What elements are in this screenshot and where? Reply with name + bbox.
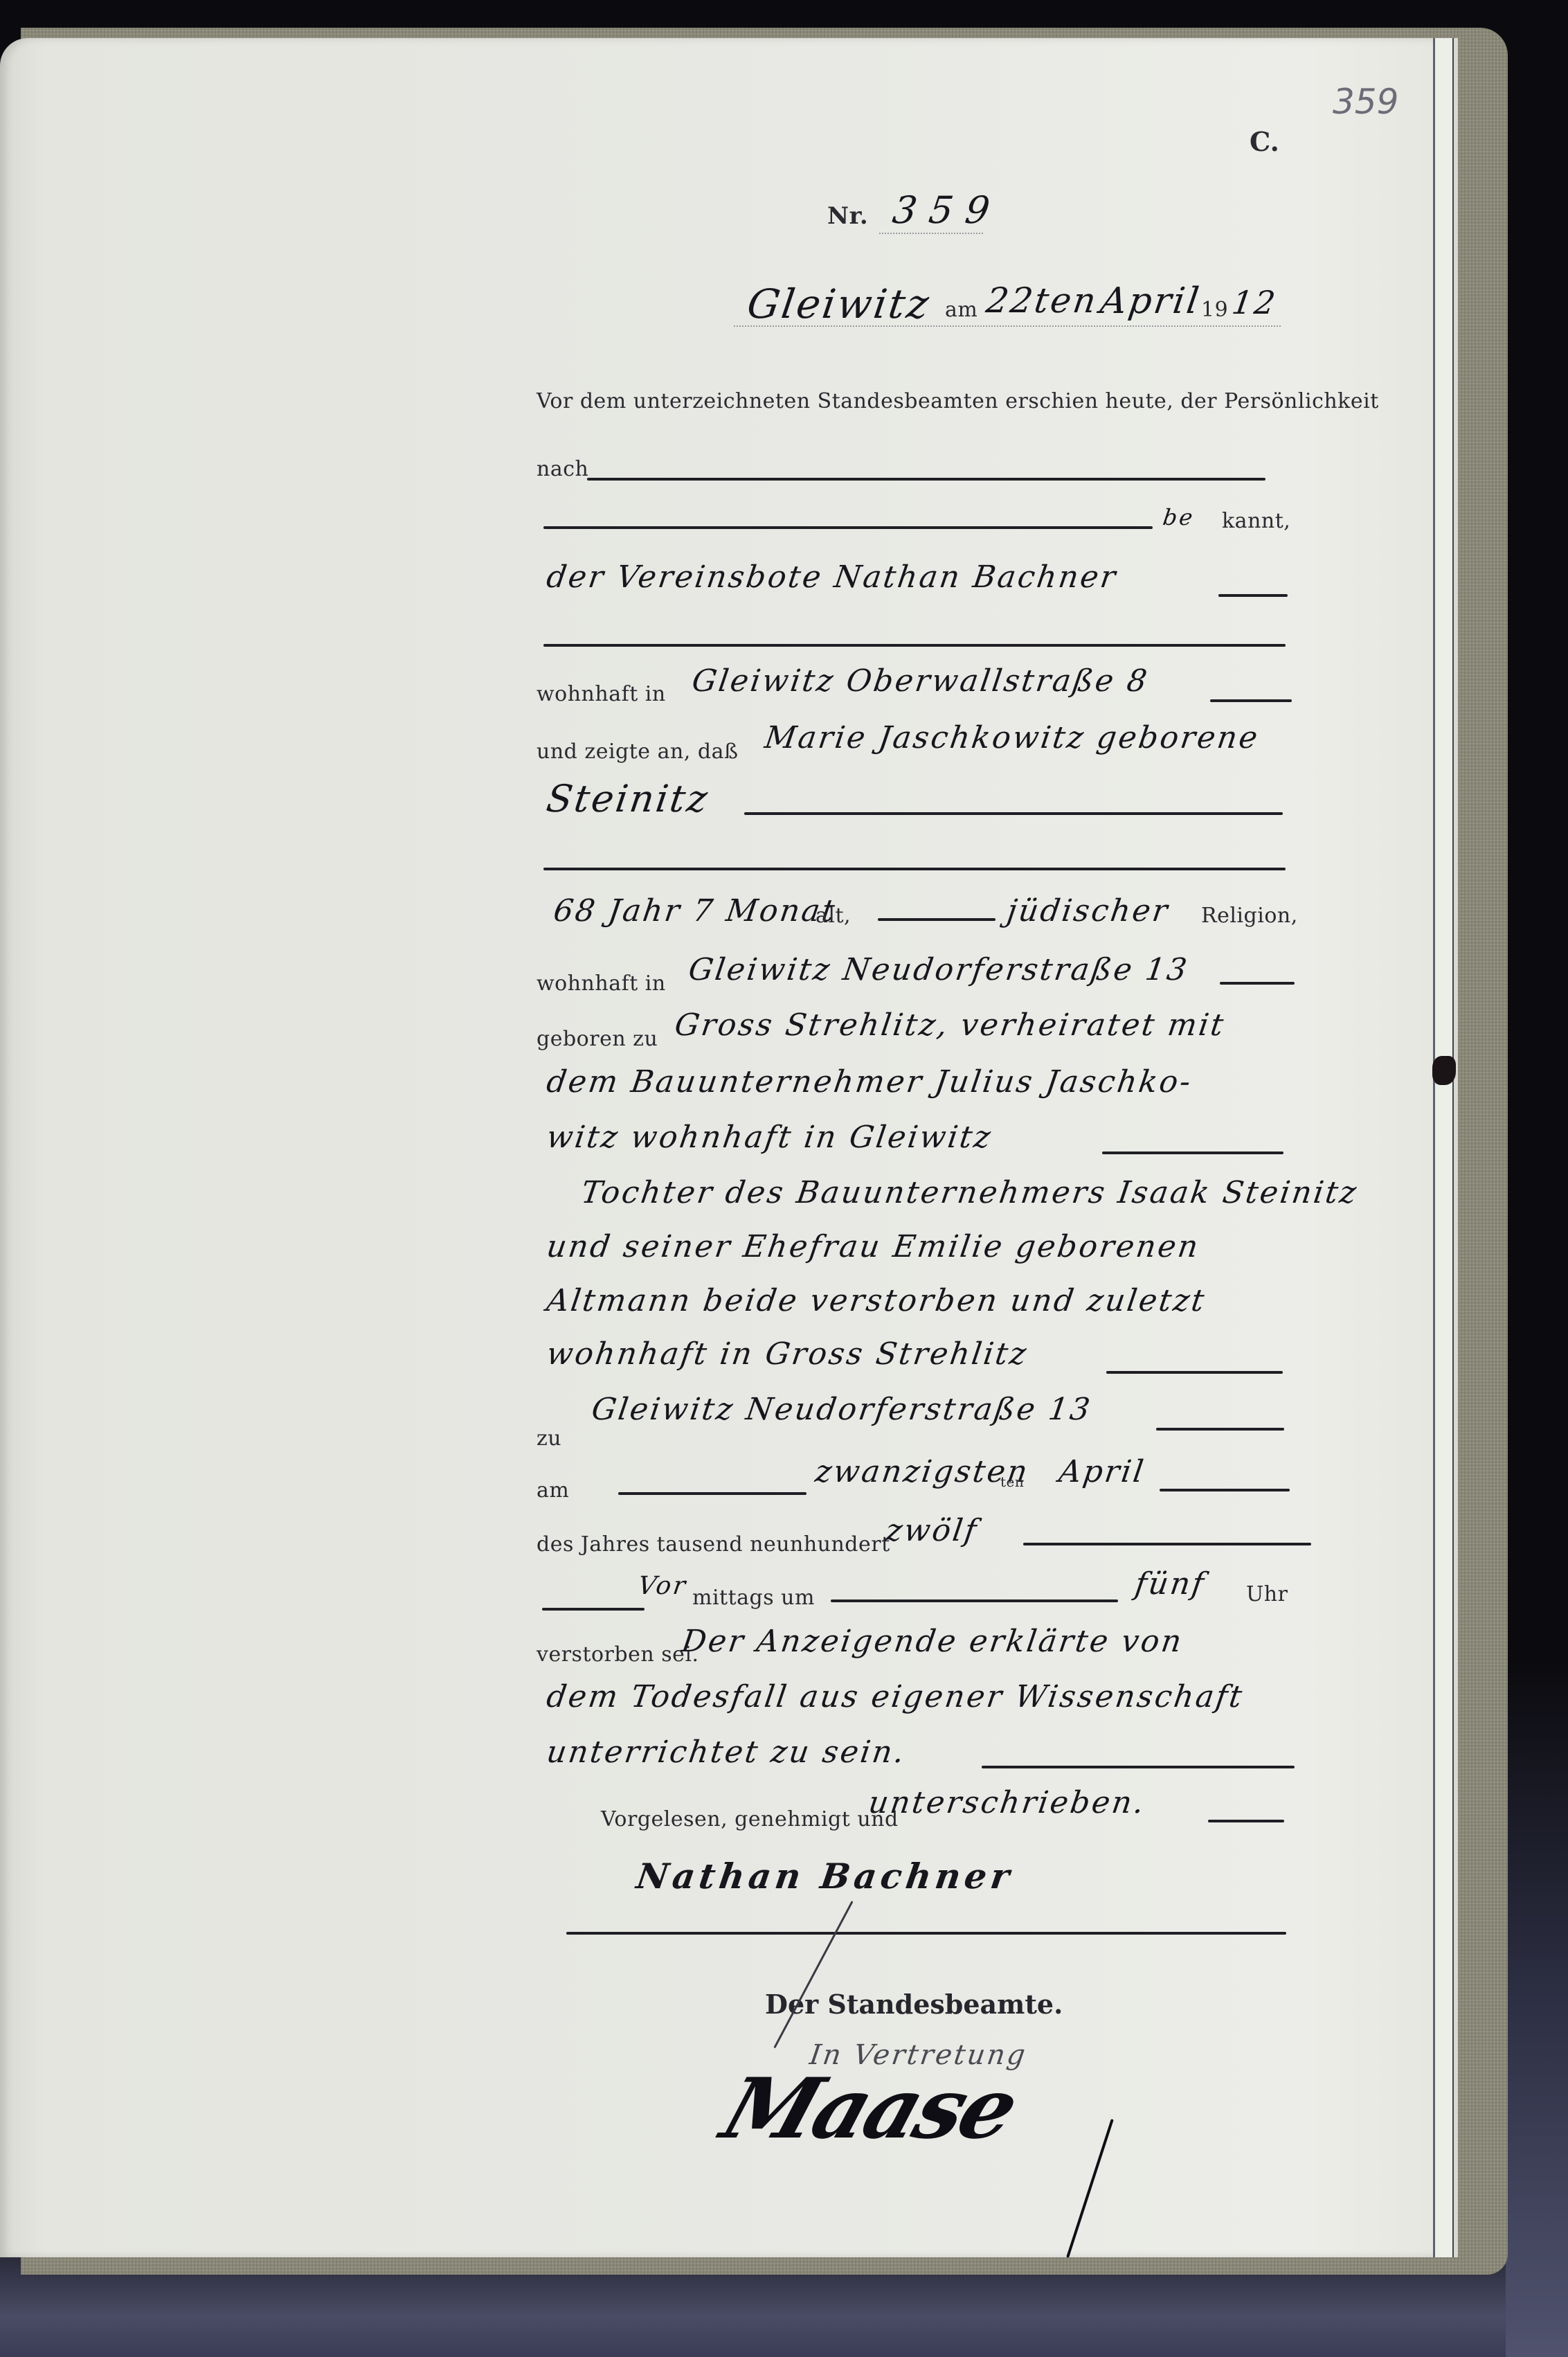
statement-line-1: Der Anzeigende erklärte von — [679, 1624, 1185, 1659]
blank-rule — [831, 1599, 1118, 1602]
statement-line-3: unterrichtet zu sein. — [544, 1735, 908, 1770]
blank-rule — [587, 478, 1265, 481]
pencil-page-number: 359 — [1333, 82, 1398, 122]
vorgelesen-label: Vorgelesen, genehmigt und — [601, 1807, 899, 1831]
blank-rule — [1102, 1151, 1283, 1154]
birth-line-3: witz wohnhaft in Gleiwitz — [544, 1120, 994, 1155]
verstorben-label: verstorben sei. — [537, 1642, 699, 1667]
vorgelesen-handwritten: unterschrieben. — [866, 1785, 1148, 1820]
year-handwritten: 12 — [1229, 284, 1279, 321]
statement-line-2: dem Todesfall aus eigener Wissenschaft — [544, 1679, 1246, 1714]
header-place: Gleiwitz — [744, 280, 933, 328]
year-printed: 19 — [1201, 298, 1228, 322]
deceased-name-line1: Marie Jaschkowitz geborene — [762, 720, 1261, 755]
header-month: April — [1098, 280, 1203, 322]
deceased-age: 68 Jahr 7 Monat — [551, 893, 838, 929]
vor-handwritten: Vor — [636, 1572, 689, 1600]
header-day: 22ten — [984, 280, 1101, 321]
intro-line: Vor dem unterzeichneten Standesbeamten e… — [537, 389, 1379, 413]
background-surface-right — [1506, 1662, 1568, 2357]
blank-rule — [618, 1492, 806, 1495]
parents-line-2: und seiner Ehefrau Emilie geborenen — [544, 1229, 1202, 1264]
ten-label: ten — [1000, 1473, 1024, 1490]
blank-rule — [982, 1766, 1295, 1768]
am-label: am — [537, 1478, 569, 1503]
birth-line-2: dem Bauunternehmer Julius Jaschko- — [544, 1064, 1194, 1100]
alt-label: alt, — [815, 904, 851, 928]
kannt-label: kannt, — [1222, 509, 1290, 533]
religion-label: Religion, — [1201, 904, 1298, 928]
uhr-label: Uhr — [1246, 1582, 1288, 1606]
blank-rule — [566, 1932, 1286, 1935]
blank-rule — [1218, 594, 1288, 597]
blank-rule — [1023, 1543, 1311, 1545]
blank-rule — [1208, 1820, 1284, 1822]
blank-rule — [1106, 1371, 1283, 1374]
informant-name: der Vereinsbote Nathan Bachner — [544, 559, 1119, 595]
official-title: Der Standesbeamte. — [765, 1989, 1063, 2020]
wohnhaft-label: wohnhaft in — [537, 971, 666, 996]
blank-rule — [543, 868, 1286, 870]
birth-line-1: Gross Strehlitz, verheiratet mit — [672, 1007, 1227, 1043]
page-edge — [1433, 38, 1454, 2257]
zeigte-label: und zeigte an, daß — [537, 740, 739, 764]
zu-label: zu — [537, 1426, 561, 1451]
parents-line-1: Tochter des Bauunternehmers Isaak Steini… — [579, 1175, 1360, 1210]
blank-rule — [543, 644, 1286, 647]
deceased-residence: Gleiwitz Neudorferstraße 13 — [686, 952, 1191, 987]
blank-rule — [543, 526, 1153, 529]
kannt-handwritten: be — [1161, 504, 1196, 530]
death-day: zwanzigsten — [813, 1454, 1031, 1489]
informant-residence: Gleiwitz Oberwallstraße 8 — [690, 663, 1151, 699]
jahres-label: des Jahres tausend neunhundert — [537, 1532, 890, 1557]
deceased-name-line2: Steinitz — [544, 777, 712, 821]
entry-number-label: Nr. — [827, 202, 868, 230]
blank-rule — [1210, 699, 1292, 702]
blank-rule — [1160, 1489, 1290, 1491]
informant-signature: Nathan Bachner — [634, 1856, 1016, 1897]
mittags-label: mittags um — [692, 1586, 815, 1610]
blank-rule — [1156, 1428, 1284, 1431]
blank-rule — [542, 1608, 645, 1611]
ink-blot — [1432, 1056, 1456, 1085]
nach-label: nach — [537, 457, 588, 481]
entry-number: 359 — [890, 188, 1005, 232]
death-year: zwölf — [883, 1513, 980, 1548]
death-hour: fünf — [1133, 1566, 1207, 1602]
blank-rule — [1220, 982, 1295, 985]
parents-line-4: wohnhaft in Gross Strehlitz — [544, 1336, 1030, 1372]
dotted-line — [879, 233, 983, 234]
death-month: April — [1056, 1454, 1147, 1489]
death-place: Gleiwitz Neudorferstraße 13 — [589, 1392, 1094, 1427]
am-label: am — [945, 298, 977, 322]
blank-rule — [878, 918, 995, 921]
page-edge-inner — [1452, 38, 1458, 2257]
official-signature: Maase — [711, 2060, 1028, 2158]
deceased-religion: jüdischer — [1004, 893, 1171, 929]
geboren-label: geboren zu — [537, 1027, 658, 1051]
blank-rule — [744, 812, 1283, 815]
wohnhaft-label: wohnhaft in — [537, 682, 666, 706]
dotted-line — [734, 325, 1281, 327]
parents-line-3: Altmann beide verstorben und zuletzt — [544, 1283, 1208, 1318]
form-series-mark: C. — [1250, 126, 1279, 157]
